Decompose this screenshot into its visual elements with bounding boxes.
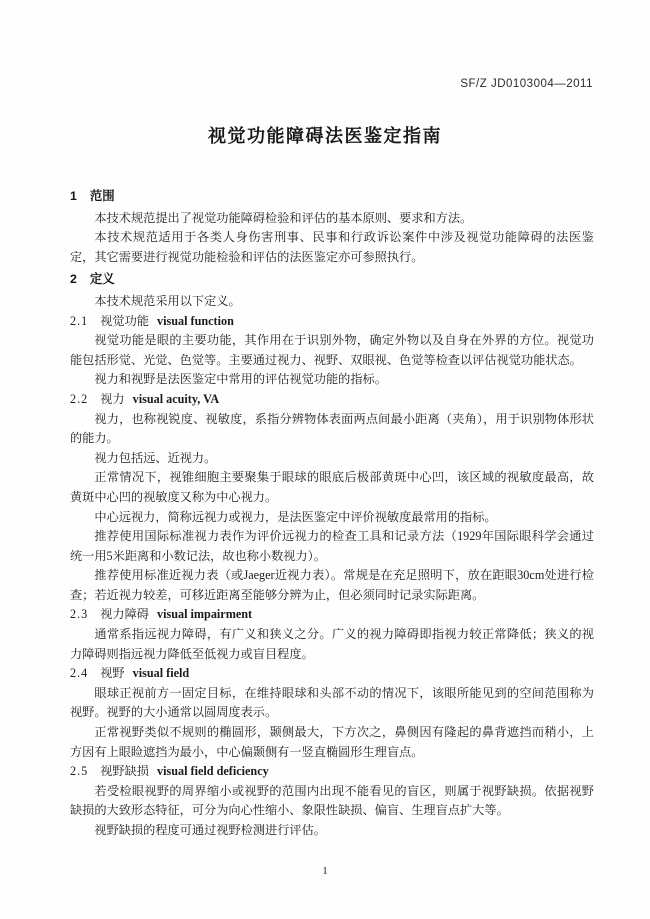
term-number: 2.1 bbox=[70, 314, 88, 328]
term-heading: 2.5视野缺损visual field deficiency bbox=[70, 762, 594, 782]
term-title-zh: 视力障碍 bbox=[100, 607, 149, 621]
body-paragraph: 若受检眼视野的周界缩小或视野的范围内出现不能看见的盲区，则属于视野缺损。依据视野… bbox=[70, 782, 594, 821]
term-number: 2.2 bbox=[70, 392, 88, 406]
clause-title: 定义 bbox=[90, 272, 115, 286]
body-paragraph: 通常系指远视力障碍，有广义和狭义之分。广义的视力障碍即指视力较正常降低；狭义的视… bbox=[70, 625, 594, 664]
body-paragraph: 视力包括远、近视力。 bbox=[70, 449, 594, 469]
body-paragraph: 本技术规范提出了视觉功能障碍检验和评估的基本原则、要求和方法。 bbox=[70, 209, 594, 229]
term-heading: 2.3视力障碍visual impairment bbox=[70, 605, 594, 625]
term-number: 2.4 bbox=[70, 666, 88, 680]
clause-number: 1 bbox=[70, 189, 77, 203]
clause-title: 范围 bbox=[90, 189, 115, 203]
body-paragraph: 视觉功能是眼的主要功能，其作用在于识别外物，确定外物以及自身在外界的方位。视觉功… bbox=[70, 331, 594, 370]
body-paragraph: 眼球正视前方一固定目标，在维持眼球和头部不动的情况下，该眼所能见到的空间范围称为… bbox=[70, 684, 594, 723]
body-paragraph: 本技术规范采用以下定义。 bbox=[70, 292, 594, 312]
term-title-en: visual field bbox=[133, 666, 190, 680]
page-title: 视觉功能障碍法医鉴定指南 bbox=[0, 122, 650, 148]
term-heading: 2.1视觉功能visual function bbox=[70, 312, 594, 332]
body-paragraph: 本技术规范适用于各类人身伤害刑事、民事和行政诉讼案件中涉及视觉功能障碍的法医鉴定… bbox=[70, 228, 594, 267]
term-title-zh: 视野 bbox=[100, 666, 124, 680]
term-title-en: visual function bbox=[157, 314, 234, 328]
clause-heading: 2定义 bbox=[70, 270, 594, 290]
page-number: 1 bbox=[0, 865, 650, 877]
body-paragraph: 视野缺损的程度可通过视野检测进行评估。 bbox=[70, 821, 594, 841]
body-paragraph: 推荐使用标准近视力表（或Jaeger近视力表）。常规是在充足照明下，放在距眼30… bbox=[70, 566, 594, 605]
body-paragraph: 正常视野类似不规则的椭圆形，颞侧最大，下方次之，鼻侧因有隆起的鼻背遮挡而稍小，上… bbox=[70, 723, 594, 762]
term-heading: 2.4视野visual field bbox=[70, 664, 594, 684]
term-title-zh: 视觉功能 bbox=[100, 314, 149, 328]
term-number: 2.5 bbox=[70, 764, 88, 778]
body-paragraph: 中心远视力，简称远视力或视力，是法医鉴定中评价视敏度最常用的指标。 bbox=[70, 508, 594, 528]
term-heading: 2.2视力visual acuity, VA bbox=[70, 390, 594, 410]
document-body: 1范围本技术规范提出了视觉功能障碍检验和评估的基本原则、要求和方法。本技术规范适… bbox=[70, 184, 594, 841]
document-page: SF/Z JD0103004—2011 视觉功能障碍法医鉴定指南 1范围本技术规… bbox=[0, 0, 650, 919]
term-title-zh: 视野缺损 bbox=[100, 764, 149, 778]
body-paragraph: 正常情况下，视锥细胞主要聚集于眼球的眼底后极部黄斑中心凹，该区域的视敏度最高，故… bbox=[70, 468, 594, 507]
clause-number: 2 bbox=[70, 272, 77, 286]
term-title-en: visual acuity, VA bbox=[133, 392, 220, 406]
body-paragraph: 推荐使用国际标准视力表作为评价远视力的检查工具和记录方法（1929年国际眼科学会… bbox=[70, 527, 594, 566]
standard-number: SF/Z JD0103004—2011 bbox=[460, 78, 593, 90]
term-title-en: visual impairment bbox=[157, 607, 252, 621]
term-title-en: visual field deficiency bbox=[157, 764, 269, 778]
body-paragraph: 视力，也称视锐度、视敏度，系指分辨物体表面两点间最小距离（夹角），用于识别物体形… bbox=[70, 410, 594, 449]
clause-heading: 1范围 bbox=[70, 187, 594, 207]
body-paragraph: 视力和视野是法医鉴定中常用的评估视觉功能的指标。 bbox=[70, 370, 594, 390]
term-number: 2.3 bbox=[70, 607, 88, 621]
term-title-zh: 视力 bbox=[100, 392, 124, 406]
